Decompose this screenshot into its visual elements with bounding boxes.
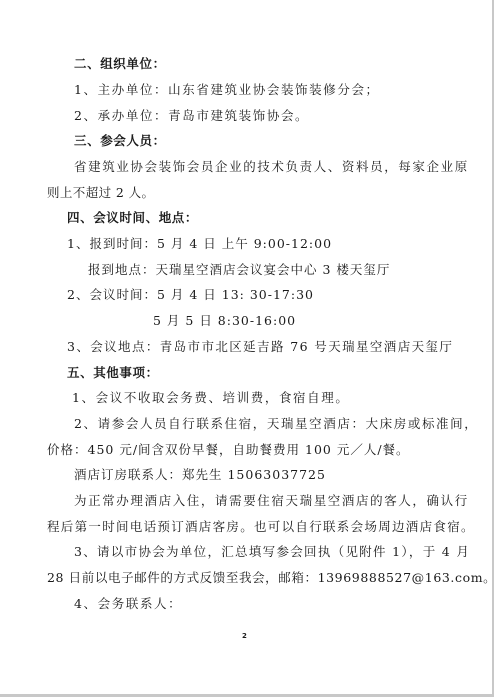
- meeting-time-line-1: 2、会议时间：5 月 4 日 13: 30-17:30: [67, 287, 314, 303]
- accommodation-line-1: 2、请参会人员自行联系住宿，天瑞星空酒店：大床房或标准间，: [74, 416, 478, 432]
- document-page: 二、组织单位： 1、主办单位：山东省建筑业协会装饰装修分会； 2、承办单位：青岛…: [0, 0, 492, 694]
- participants-paragraph-line-1: 省建筑业协会装饰会员企业的技术负责人、资料员，每家企业原: [74, 159, 469, 175]
- meeting-time-line-2: 5 月 5 日 8:30-16:00: [153, 313, 296, 329]
- reply-note-line-2: 28 日前以电子邮件的方式反馈至我会，邮箱：13969888527@163.co…: [47, 570, 494, 586]
- fee-note-line: 1、会议不收取会务费、培训费，食宿自理。: [72, 390, 349, 406]
- section-heading-organizers: 二、组织单位：: [74, 56, 166, 72]
- reply-note-line-1: 3、请以市协会为单位，汇总填写参会回执（见附件 1），于 4 月: [74, 544, 470, 560]
- section-heading-time-place: 四、会议时间、地点：: [67, 210, 198, 226]
- contact-person-line: 4、会务联系人：: [74, 596, 182, 612]
- hotel-contact-line: 酒店订房联系人：郑先生 15063037725: [74, 467, 326, 483]
- registration-time-line: 1、报到时间：5 月 4 日 上午 9:00-12:00: [67, 236, 332, 252]
- page-number: 2: [242, 632, 247, 640]
- meeting-place-line: 3、会议地点：青岛市市北区延吉路 76 号天瑞星空酒店天玺厅: [67, 339, 453, 355]
- co-organizer-line: 2、承办单位：青岛市建筑装饰协会。: [74, 108, 309, 124]
- booking-note-line-2: 程后第一时间电话预订酒店客房。也可以自行联系会场周边酒店食宿。: [47, 519, 475, 535]
- participants-paragraph-line-2: 则上不超过 2 人。: [47, 185, 154, 201]
- section-heading-other-matters: 五、其他事项：: [67, 365, 159, 381]
- host-unit-line: 1、主办单位：山东省建筑业协会装饰装修分会；: [74, 82, 380, 98]
- section-heading-participants: 三、参会人员：: [74, 133, 166, 149]
- accommodation-line-2: 价格：450 元/间含双份早餐，自助餐费用 100 元／人/餐。: [47, 442, 410, 458]
- booking-note-line-1: 为正常办理酒店入住，请需要住宿天瑞星空酒店的客人，确认行: [74, 493, 469, 509]
- registration-place-line: 报到地点：天瑞星空酒店会议宴会中心 3 楼天玺厅: [88, 262, 390, 278]
